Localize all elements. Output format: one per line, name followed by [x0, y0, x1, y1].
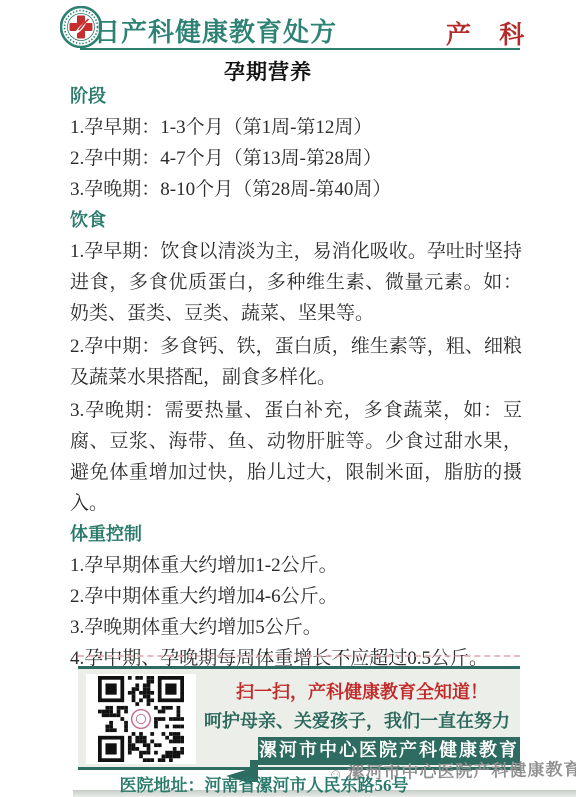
section-heading-diet: 饮食 — [70, 210, 522, 232]
qr-code — [86, 674, 196, 764]
scan-call-to-action: 扫一扫，产科健康教育全知道！ — [206, 678, 518, 704]
paragraph: 3.孕晚期：需要热量、蛋白补充，多食蔬菜，如：豆腐、豆浆、海带、鱼、动物肝脏等。… — [70, 395, 522, 519]
document-title: 孕期营养 — [0, 56, 536, 86]
paragraph: 1.孕早期：饮食以清淡为主，易消化吸收。孕吐时坚持进食，多食优质蛋白，多种维生素… — [70, 236, 522, 329]
prescription-page: 日产科健康教育处方 产 科 孕期营养 阶段 1.孕早期：1-3个月（第1周-第1… — [0, 0, 576, 797]
list-item: 3.孕晚期：8-10个月（第28周-第40周） — [70, 174, 522, 205]
header-title: 日产科健康教育处方 — [94, 12, 337, 49]
dashed-separator — [78, 655, 520, 657]
list-item: 2.孕中期：4-7个月（第13周-第28周） — [70, 143, 522, 174]
list-item: 1.孕早期体重大约增加1-2公斤。 — [70, 550, 522, 581]
header-rule — [80, 48, 520, 50]
section-heading-weight-control: 体重控制 — [70, 524, 522, 546]
list-item: 2.孕中期体重大约增加4-6公斤。 — [70, 581, 522, 612]
department-label: 产 科 — [446, 15, 535, 51]
document-body: 阶段 1.孕早期：1-3个月（第1周-第12周） 2.孕中期：4-7个月（第13… — [70, 86, 522, 674]
footer-panel: 扫一扫，产科健康教育全知道！ 呵护母亲、关爱孩子，我们一直在努力 漯河市中心医院… — [78, 666, 520, 770]
footer-slogan: 呵护母亲、关爱孩子，我们一直在努力 — [196, 707, 518, 733]
qr-code-image — [98, 676, 184, 762]
hospital-address: 医院地址：河南省漯河市人民东路56号 — [78, 771, 450, 796]
list-item: 1.孕早期：1-3个月（第1周-第12周） — [70, 112, 522, 143]
section-heading-stages: 阶段 — [70, 86, 522, 108]
paragraph: 2.孕中期：多食钙、铁，蛋白质，维生素等，粗、细粮及蔬菜水果搭配，副食多样化。 — [70, 331, 522, 393]
list-item: 3.孕晚期体重大约增加5公斤。 — [70, 612, 522, 643]
